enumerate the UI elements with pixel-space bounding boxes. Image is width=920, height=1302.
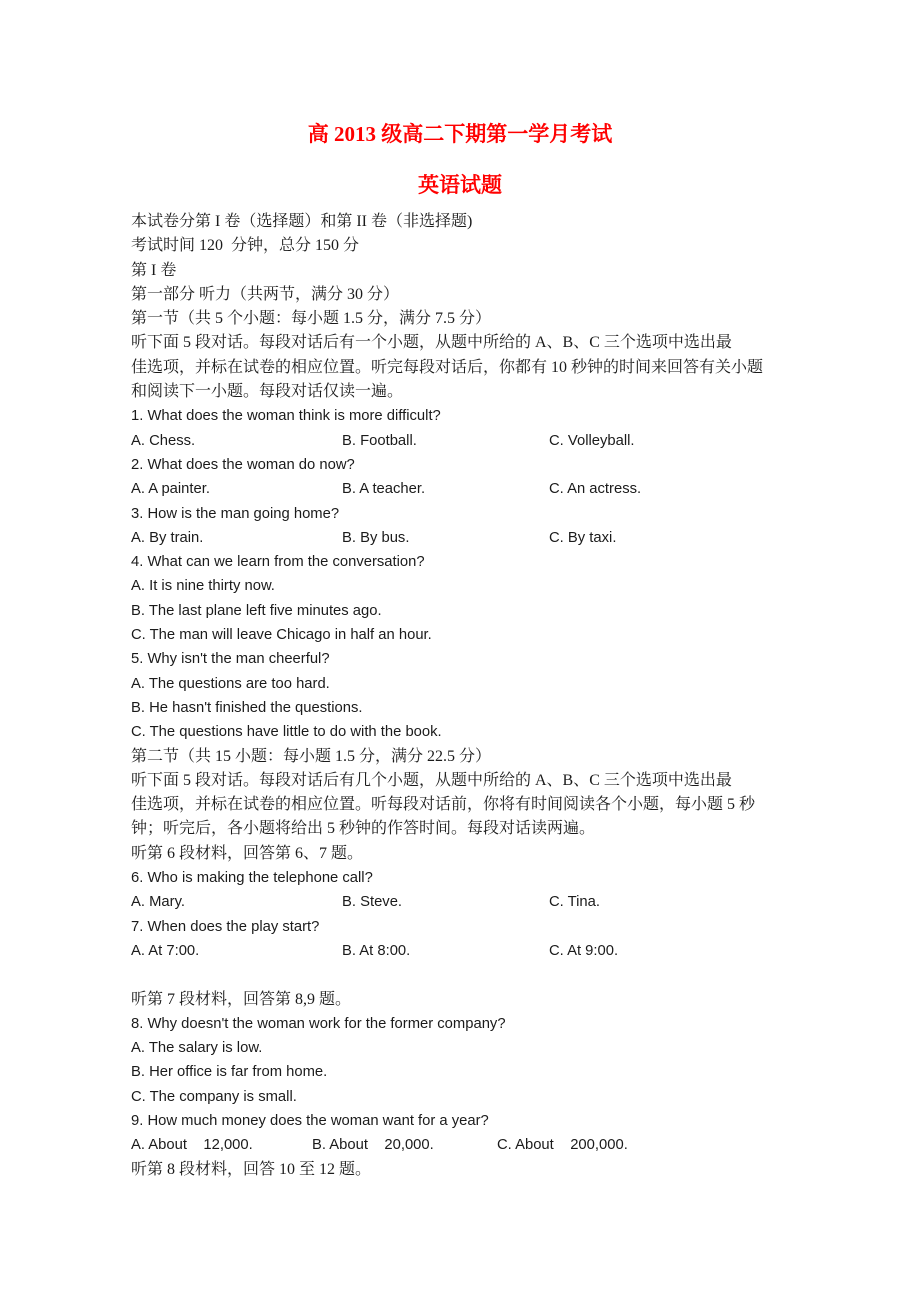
question-1: 1. What does the woman think is more dif… (131, 404, 820, 428)
option-b: B. About 20,000. (312, 1133, 497, 1157)
option-c: C. Volleyball. (549, 429, 820, 453)
option-c: C. About 200,000. (497, 1133, 820, 1157)
option-b: B. By bus. (342, 526, 549, 550)
section-2-instruction-line-3: 钟；听完后，各小题将给出 5 秒钟的作答时间。每段对话读两遍。 (131, 817, 820, 841)
question-7: 7. When does the play start? (131, 915, 820, 939)
section-1-instruction-line-3: 和阅读下一小题。每段对话仅读一遍。 (131, 380, 820, 404)
exam-info-line: 考试时间 120 分钟，总分 150 分 (131, 234, 820, 258)
material-8-prompt: 听第 8 段材料，回答 10 至 12 题。 (131, 1158, 820, 1182)
question-5-option-a: A. The questions are too hard. (131, 672, 820, 696)
exam-subtitle: 英语试题 (0, 172, 920, 199)
paper-structure-line: 本试卷分第 I 卷（选择题）和第 II 卷（非选择题) (131, 210, 820, 234)
question-4-option-b: B. The last plane left five minutes ago. (131, 599, 820, 623)
question-5-option-c: C. The questions have little to do with … (131, 720, 820, 744)
question-3: 3. How is the man going home? (131, 502, 820, 526)
section-2-heading: 第二节（共 15 小题：每小题 1.5 分，满分 22.5 分） (131, 745, 820, 769)
section-2-instruction-line-2: 佳选项，并标在试卷的相应位置。听每段对话前，你将有时间阅读各个小题，每小题 5 … (131, 793, 820, 817)
question-4-option-a: A. It is nine thirty now. (131, 574, 820, 598)
option-a: A. Mary. (131, 890, 342, 914)
question-8-option-b: B. Her office is far from home. (131, 1060, 820, 1084)
question-6-options: A. Mary. B. Steve. C. Tina. (131, 890, 820, 914)
exam-body: 本试卷分第 I 卷（选择题）和第 II 卷（非选择题) 考试时间 120 分钟，… (0, 210, 920, 1182)
part-1-heading: 第一部分 听力（共两节，满分 30 分） (131, 283, 820, 307)
question-5: 5. Why isn't the man cheerful? (131, 647, 820, 671)
section-1-heading: 第一节（共 5 个小题：每小题 1.5 分，满分 7.5 分） (131, 307, 820, 331)
question-6: 6. Who is making the telephone call? (131, 866, 820, 890)
material-7-prompt: 听第 7 段材料，回答第 8,9 题。 (131, 988, 820, 1012)
exam-title: 高 2013 级高二下期第一学月考试 (0, 0, 920, 148)
exam-paper-page: 高 2013 级高二下期第一学月考试 英语试题 本试卷分第 I 卷（选择题）和第… (0, 0, 920, 1302)
question-1-options: A. Chess. B. Football. C. Volleyball. (131, 429, 820, 453)
option-a: A. At 7:00. (131, 939, 342, 963)
option-a: A. By train. (131, 526, 342, 550)
material-6-prompt: 听第 6 段材料，回答第 6、7 题。 (131, 842, 820, 866)
option-b: B. Football. (342, 429, 549, 453)
option-b: B. Steve. (342, 890, 549, 914)
question-7-options: A. At 7:00. B. At 8:00. C. At 9:00. (131, 939, 820, 963)
question-5-option-b: B. He hasn't finished the questions. (131, 696, 820, 720)
question-8-option-a: A. The salary is low. (131, 1036, 820, 1060)
option-c: C. Tina. (549, 890, 820, 914)
option-a: A. A painter. (131, 477, 342, 501)
option-a: A. Chess. (131, 429, 342, 453)
question-4-option-c: C. The man will leave Chicago in half an… (131, 623, 820, 647)
question-9-options: A. About 12,000. B. About 20,000. C. Abo… (131, 1133, 820, 1157)
volume-1-heading: 第 I 卷 (131, 259, 820, 283)
section-1-instruction-line-2: 佳选项，并标在试卷的相应位置。听完每段对话后，你都有 10 秒钟的时间来回答有关… (131, 356, 820, 380)
option-b: B. At 8:00. (342, 939, 549, 963)
question-8: 8. Why doesn't the woman work for the fo… (131, 1012, 820, 1036)
question-9: 9. How much money does the woman want fo… (131, 1109, 820, 1133)
blank-line (131, 963, 820, 987)
option-c: C. An actress. (549, 477, 820, 501)
option-b: B. A teacher. (342, 477, 549, 501)
question-4: 4. What can we learn from the conversati… (131, 550, 820, 574)
question-2: 2. What does the woman do now? (131, 453, 820, 477)
section-1-instruction-line-1: 听下面 5 段对话。每段对话后有一个小题，从题中所给的 A、B、C 三个选项中选… (131, 331, 820, 355)
question-2-options: A. A painter. B. A teacher. C. An actres… (131, 477, 820, 501)
section-2-instruction-line-1: 听下面 5 段对话。每段对话后有几个小题，从题中所给的 A、B、C 三个选项中选… (131, 769, 820, 793)
question-3-options: A. By train. B. By bus. C. By taxi. (131, 526, 820, 550)
option-c: C. By taxi. (549, 526, 820, 550)
question-8-option-c: C. The company is small. (131, 1085, 820, 1109)
option-a: A. About 12,000. (131, 1133, 312, 1157)
option-c: C. At 9:00. (549, 939, 820, 963)
